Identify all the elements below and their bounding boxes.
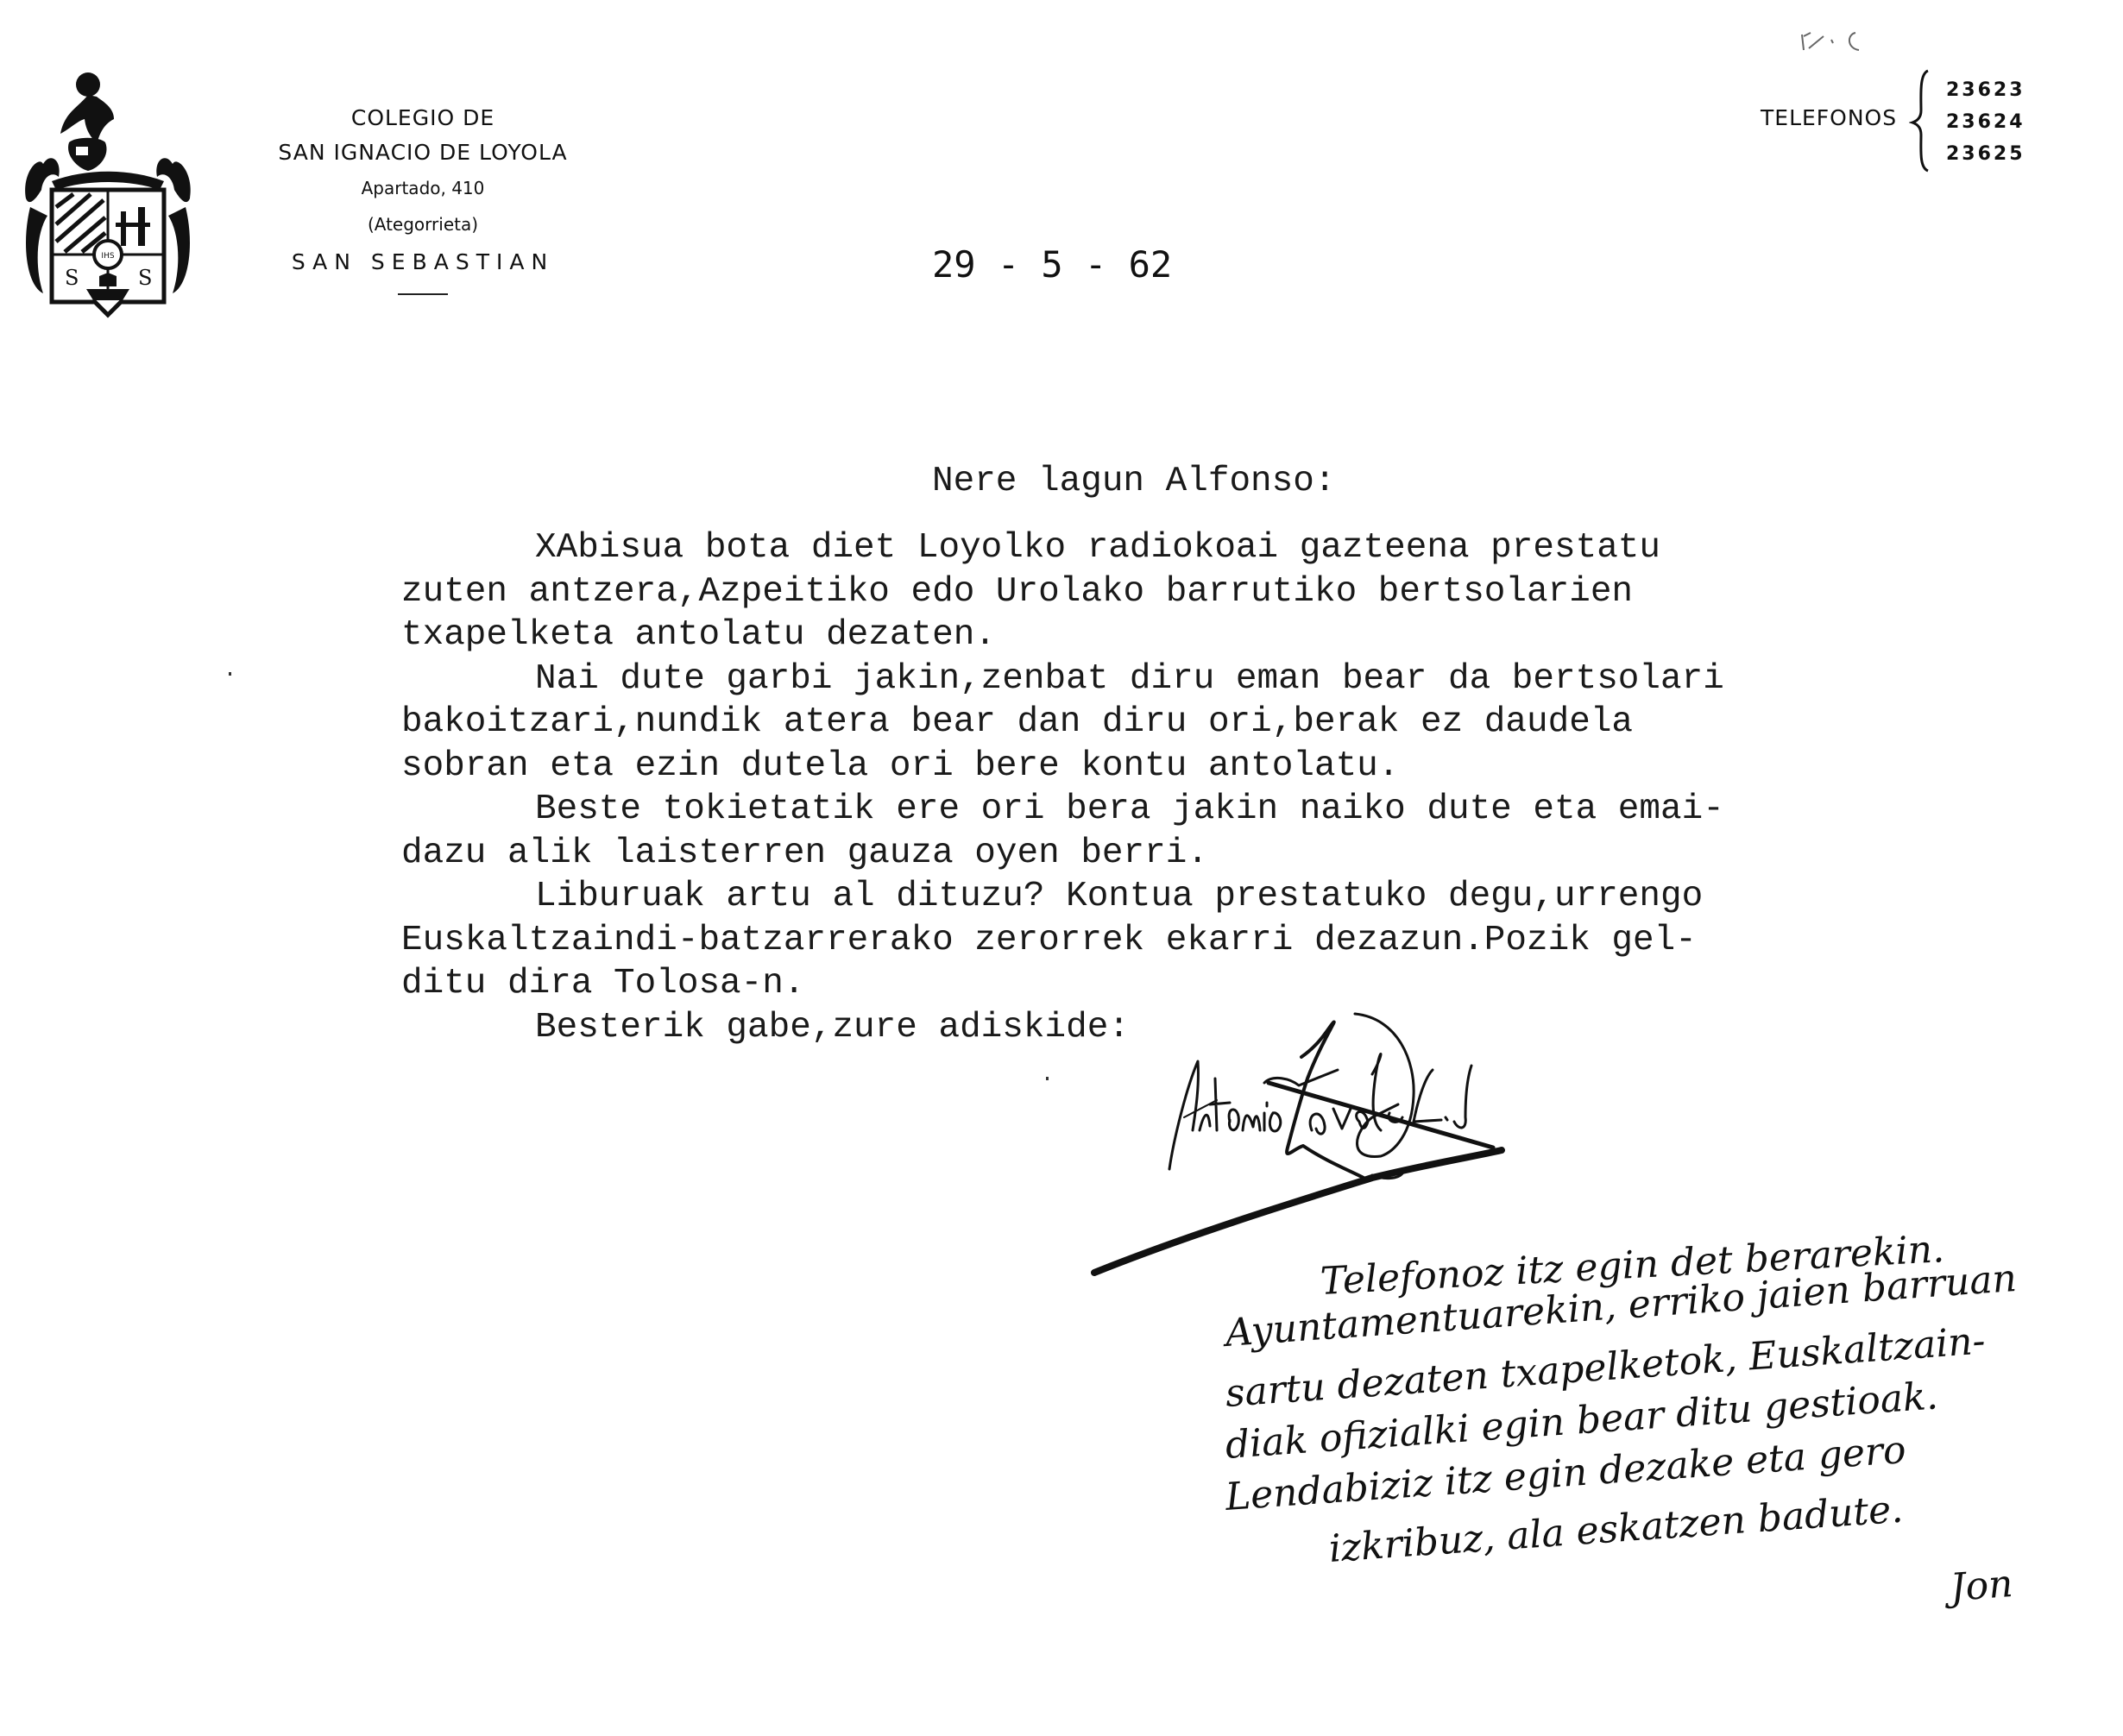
letter-line: XAbisua bota diet Loyolko radiokoai gazt…: [401, 526, 1724, 570]
paper-speck: [1046, 1077, 1049, 1080]
phone-number: 23624: [1946, 106, 2025, 138]
letter-line: Beste tokietatik ere ori bera jakin naik…: [401, 788, 1724, 832]
postal-box: Apartado, 410: [224, 171, 621, 205]
letter-body: XAbisua bota diet Loyolko radiokoai gazt…: [401, 526, 1724, 1049]
coat-of-arms-icon: IHS S S: [17, 69, 198, 328]
letter-line: bakoitzari,nundik atera bear dan diru or…: [401, 701, 1724, 745]
signature-text: Antonio Lavola S.J.: [1087, 1010, 1198, 1013]
phone-number: 23623: [1946, 74, 2025, 106]
letter-line: Euskaltzaindi-batzarrerako zerorrek ekar…: [401, 919, 1724, 963]
district: (Ategorrieta): [224, 205, 621, 243]
college-address-block: COLEGIO DE SAN IGNACIO DE LOYOLA Apartad…: [224, 102, 621, 295]
handwritten-initials: Jon: [1949, 1562, 2014, 1610]
curly-brace-icon: [1909, 69, 1935, 173]
letter-line: ditu dira Tolosa-n.: [401, 962, 1724, 1006]
salutation: Nere lagun Alfonso:: [932, 462, 1335, 501]
svg-text:S: S: [65, 266, 79, 290]
handwritten-note: Telefonoz itz egin det berarekin. Ayunta…: [1208, 1260, 2123, 1622]
phone-numbers: 23623 23624 23625: [1946, 74, 2025, 170]
college-name-line-2: SAN IGNACIO DE LOYOLA: [224, 135, 621, 171]
letter-line: dazu alik laisterren gauza oyen berri.: [401, 832, 1724, 876]
letter-line: sobran eta ezin dutela ori bere kontu an…: [401, 745, 1724, 789]
svg-text:S: S: [138, 266, 152, 290]
svg-text:IHS: IHS: [101, 252, 114, 261]
letter-date: 29 - 5 - 62: [932, 243, 1172, 286]
letter-line: txapelketa antolatu dezaten.: [401, 613, 1724, 657]
paper-speck: [229, 672, 231, 676]
divider: [398, 293, 448, 295]
college-name-line-1: COLEGIO DE: [224, 102, 621, 135]
letter-line: Liburuak artu al dituzu? Kontua prestatu…: [401, 875, 1724, 919]
city: SAN SEBASTIAN: [224, 243, 621, 281]
telephones-label: TELEFONOS: [1761, 105, 1897, 130]
pencil-mark-icon: [1793, 24, 1880, 59]
letter-line: zuten antzera,Azpeitiko edo Urolako barr…: [401, 570, 1724, 614]
letter-line: Nai dute garbi jakin,zenbat diru eman be…: [401, 657, 1724, 701]
phone-number: 23625: [1946, 138, 2025, 170]
